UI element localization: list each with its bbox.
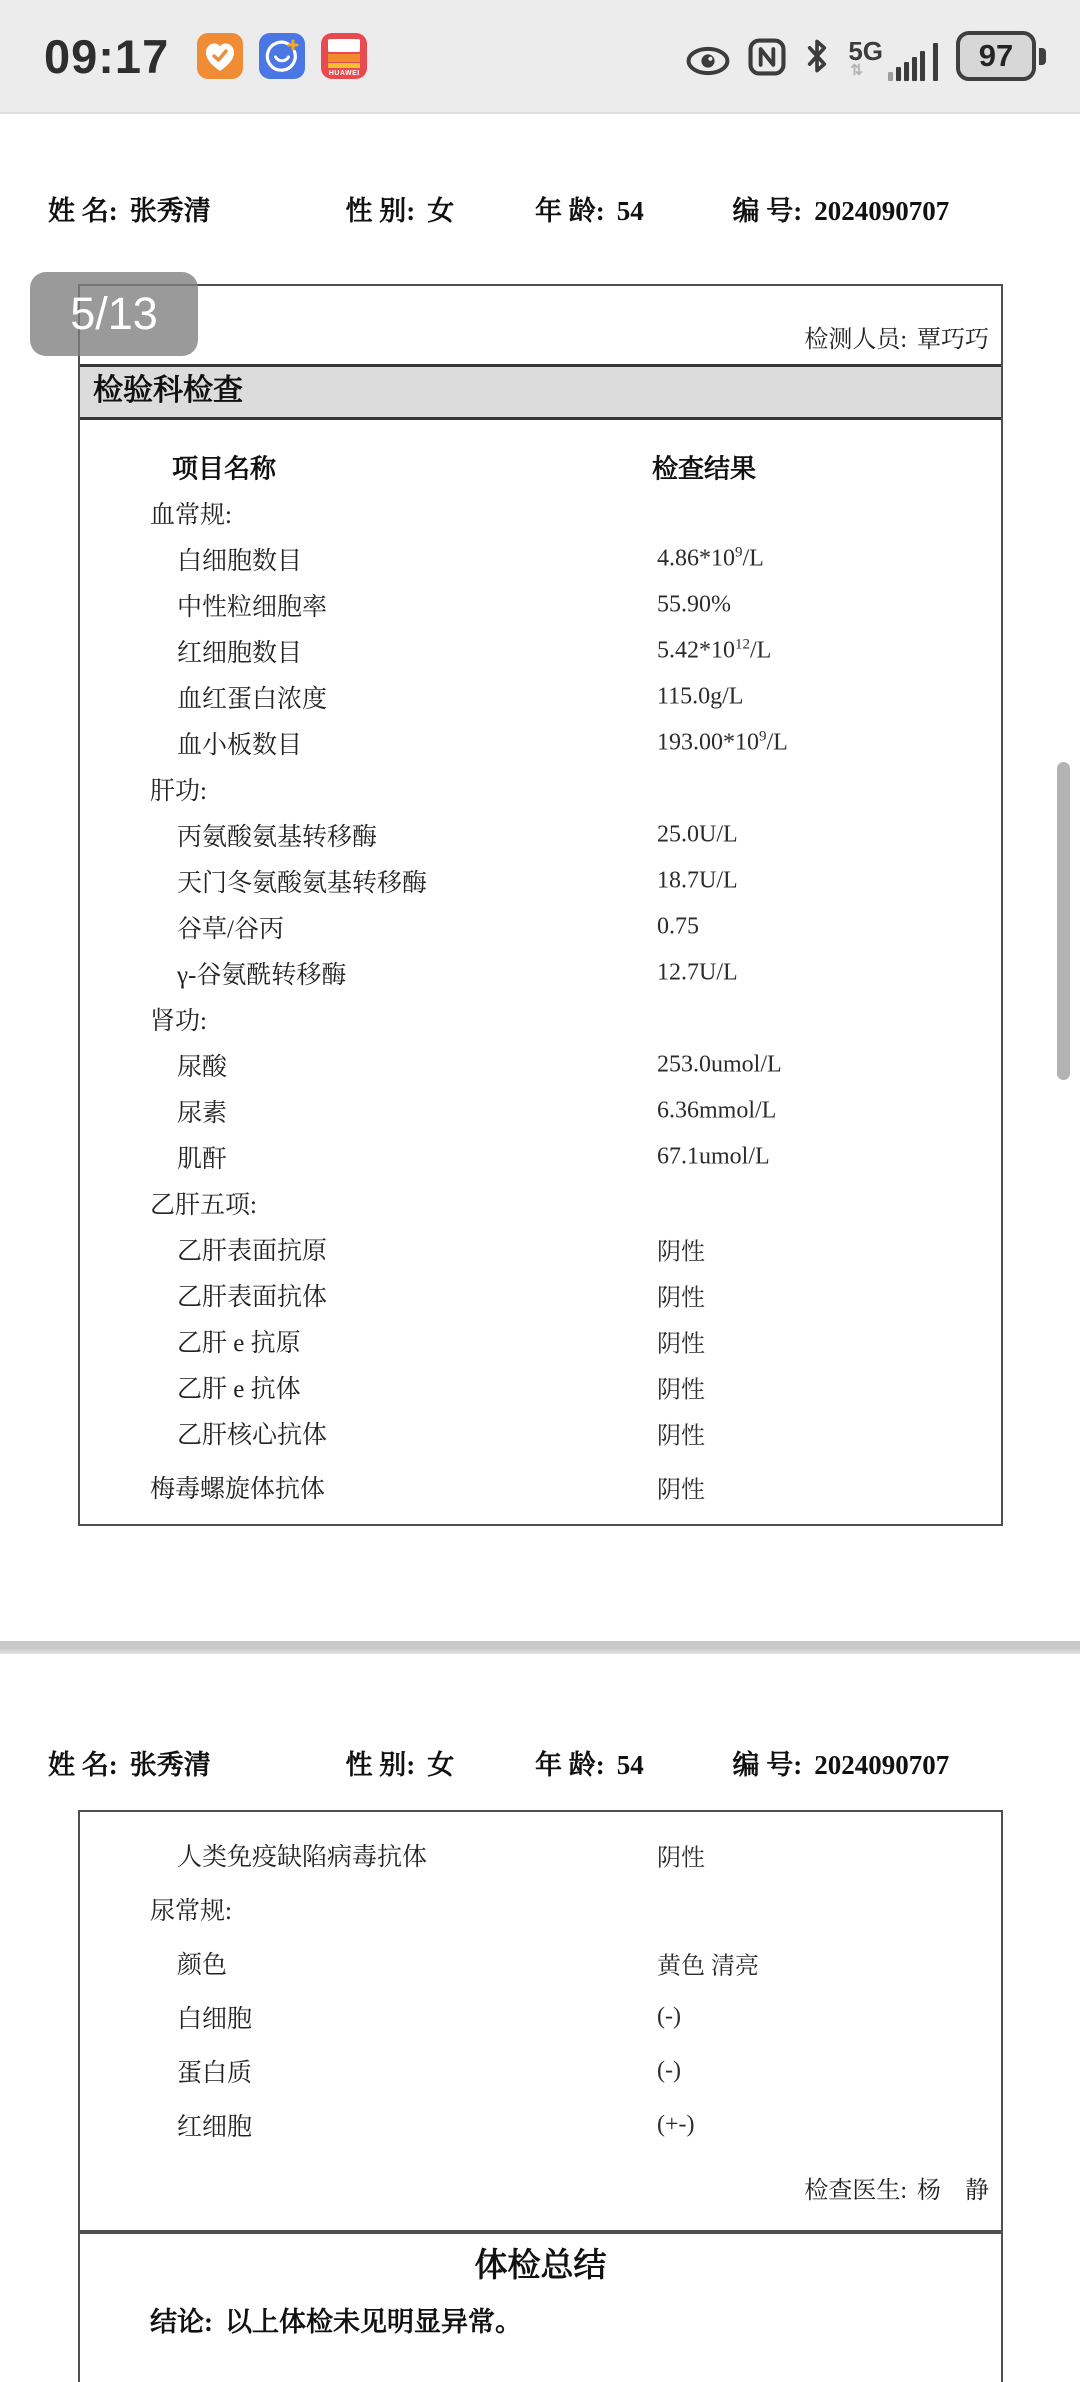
inspector-row: 检测人员:覃巧巧 (80, 286, 1001, 364)
test-result: 67.1umol/L (657, 1144, 770, 1171)
result-text: 阴性 (657, 1332, 705, 1358)
test-result: 18.7U/L (657, 868, 738, 895)
table-row-section: 乙肝五项: (80, 1180, 1001, 1226)
result-text: 阴性 (657, 1240, 705, 1266)
table-row: 乙肝表面抗体阴性 (80, 1272, 1001, 1318)
test-result: 阴性 (657, 1232, 705, 1267)
data-arrows-icon: ⇅ (850, 61, 861, 79)
patient-gender-label: 性 别: (346, 196, 416, 226)
result-text: (-) (657, 2004, 681, 2030)
test-name: 丙氨酸氨基转移酶 (177, 817, 377, 853)
result-superscript: 9 (735, 545, 743, 561)
test-group-label: 尿常规: (150, 1891, 232, 1927)
test-result: 25.0U/L (657, 822, 738, 849)
test-result: 阴性 (657, 1416, 705, 1451)
test-name: 乙肝核心抗体 (177, 1415, 327, 1451)
patient-name-value: 张秀清 (130, 196, 211, 226)
huawei-icon-stripe (328, 63, 360, 68)
eye-comfort-icon (686, 46, 730, 81)
table-row: 红细胞数目5.42*1012/L (80, 628, 1001, 674)
test-result: 12.7U/L (657, 960, 738, 987)
test-name: 血小板数目 (177, 725, 302, 761)
summary-title: 体检总结 (80, 2246, 1001, 2286)
nfc-icon (748, 38, 786, 81)
test-name: 白细胞数目 (177, 541, 302, 577)
clock: 09:17 (44, 29, 169, 84)
test-result: 55.90% (657, 592, 731, 619)
test-name: 肌酐 (177, 1139, 227, 1175)
result-text: 阴性 (657, 1424, 705, 1450)
result-text: 黄色 清亮 (657, 1954, 759, 1980)
huawei-app-icon: HUAWEI (321, 33, 367, 79)
status-bar: 09:17 HUAWEI (0, 0, 1080, 114)
column-header-name: 项目名称 (172, 449, 276, 486)
patient-id-value: 2024090707 (814, 196, 949, 226)
patient-name-group: 姓 名:张秀清 (48, 194, 211, 228)
test-name: 天门冬氨酸氨基转移酶 (177, 863, 427, 899)
table-row: 红细胞(+-) (80, 2098, 1001, 2152)
patient-name-value: 张秀清 (130, 1750, 211, 1780)
patient-gender-value: 女 (427, 1750, 454, 1780)
patient-age-value: 54 (617, 196, 644, 226)
conclusion-line: 结论:以上体检未见明显异常。 (150, 2300, 1001, 2339)
test-group-label: 肾功: (150, 1001, 207, 1037)
table-row: 白细胞(-) (80, 1990, 1001, 2044)
page-number-badge: 5/13 (30, 272, 198, 356)
result-unit: /L (743, 546, 764, 572)
page-separator (0, 1641, 1080, 1654)
table-row: 颜色黄色 清亮 (80, 1936, 1001, 1990)
patient-age-value: 54 (617, 1750, 644, 1780)
result-text: 0.75 (657, 914, 699, 940)
column-header-result: 检查结果 (652, 449, 756, 486)
result-text: 55.90% (657, 592, 731, 618)
table-row: 尿酸253.0umol/L (80, 1042, 1001, 1088)
inspector-label: 检测人员: (804, 327, 907, 353)
patient-age-label: 年 龄: (535, 1750, 605, 1780)
table-row-section: 血常规: (80, 490, 1001, 536)
table-row-section: 肾功: (80, 996, 1001, 1042)
patient-info-row: 姓 名:张秀清 性 别:女 年 龄:54 编 号:2024090707 (48, 1748, 1080, 1782)
test-result: (+-) (657, 2112, 695, 2139)
lab-table-body: 人类免疫缺陷病毒抗体阴性 尿常规: 颜色黄色 清亮 白细胞(-) 蛋白质(-) … (80, 1812, 1001, 2230)
test-name: 谷草/谷丙 (177, 909, 284, 945)
report-page-2: 姓 名:张秀清 性 别:女 年 龄:54 编 号:2024090707 人类免疫… (0, 1654, 1080, 2382)
table-row: 天门冬氨酸氨基转移酶18.7U/L (80, 858, 1001, 904)
result-superscript: 9 (759, 729, 767, 745)
result-text: (+-) (657, 2112, 695, 2138)
test-name: 蛋白质 (177, 2053, 252, 2089)
table-row: 梅毒螺旋体抗体阴性 (80, 1464, 1001, 1510)
test-name: 红细胞 (177, 2107, 252, 2143)
test-name: 乙肝 e 抗原 (177, 1323, 301, 1359)
patient-id-value: 2024090707 (814, 1750, 949, 1780)
doctor-row: 检查医生:杨 静 (80, 2176, 1001, 2216)
lab-table-body: 项目名称 检查结果 血常规: 白细胞数目4.86*109/L 中性粒细胞率55.… (80, 420, 1001, 1524)
test-result: 253.0umol/L (657, 1052, 782, 1079)
table-row: 白细胞数目4.86*109/L (80, 536, 1001, 582)
table-row: 中性粒细胞率55.90% (80, 582, 1001, 628)
test-result: (-) (657, 2058, 681, 2085)
battery-cap (1039, 48, 1046, 65)
test-group-label: 肝功: (150, 771, 207, 807)
test-result: 5.42*1012/L (657, 638, 771, 665)
test-result: 0.75 (657, 914, 699, 941)
test-name: 尿酸 (177, 1047, 227, 1083)
test-name: 白细胞 (177, 1999, 252, 2035)
table-row: 乙肝 e 抗体阴性 (80, 1364, 1001, 1410)
test-name: 血红蛋白浓度 (177, 679, 327, 715)
test-name: 乙肝表面抗体 (177, 1277, 327, 1313)
result-text: 阴性 (657, 1478, 705, 1504)
patient-id-label: 编 号: (733, 1750, 803, 1780)
scrollbar-thumb[interactable] (1057, 762, 1070, 1080)
test-result: 4.86*109/L (657, 546, 764, 573)
result-text: 阴性 (657, 1286, 705, 1312)
summary-section: 体检总结 结论:以上体检未见明显异常。 (80, 2234, 1001, 2339)
patient-age-group: 年 龄:54 (535, 194, 644, 228)
result-text: 18.7U/L (657, 868, 738, 894)
patient-id-label: 编 号: (733, 196, 803, 226)
doctor-name: 杨 静 (917, 2178, 989, 2204)
battery-indicator: 97 (956, 31, 1046, 81)
table-row: 丙氨酸氨基转移酶25.0U/L (80, 812, 1001, 858)
patient-gender-label: 性 别: (346, 1750, 416, 1780)
patient-age-group: 年 龄:54 (535, 1748, 644, 1782)
test-name: 颜色 (177, 1945, 227, 1981)
result-text: 193.00*10 (657, 730, 759, 756)
section-banner: 检验科检查 (80, 364, 1001, 420)
signal-bars-icon (888, 43, 938, 81)
table-row: 乙肝表面抗原阴性 (80, 1226, 1001, 1272)
table-row: 乙肝核心抗体阴性 (80, 1410, 1001, 1456)
patient-id-group: 编 号:2024090707 (733, 194, 950, 228)
inspector-name: 覃巧巧 (917, 327, 989, 353)
table-row: 人类免疫缺陷病毒抗体阴性 (80, 1828, 1001, 1882)
test-group-label: 乙肝五项: (150, 1185, 257, 1221)
status-bar-right: 5G ⇅ 97 (686, 31, 1046, 81)
result-text: 4.86*10 (657, 546, 735, 572)
result-superscript: 12 (735, 637, 750, 653)
table-row-section: 尿常规: (80, 1882, 1001, 1936)
patient-gender-group: 性 别:女 (346, 1748, 455, 1782)
patient-name-label: 姓 名: (48, 196, 118, 226)
test-result: 阴性 (657, 1324, 705, 1359)
test-result: 193.00*109/L (657, 730, 788, 757)
result-text: 253.0umol/L (657, 1052, 782, 1078)
test-result: 阴性 (657, 1278, 705, 1313)
test-result: 阴性 (657, 1838, 705, 1873)
patient-gender-group: 性 别:女 (346, 194, 455, 228)
result-unit: /L (750, 638, 771, 664)
health-app-icon (197, 33, 243, 79)
table-row: 乙肝 e 抗原阴性 (80, 1318, 1001, 1364)
patient-name-label: 姓 名: (48, 1750, 118, 1780)
result-text: 阴性 (657, 1378, 705, 1404)
test-name: 人类免疫缺陷病毒抗体 (177, 1837, 427, 1873)
doctor-label: 检查医生: (804, 2178, 907, 2204)
table-header-row: 项目名称 检查结果 (80, 444, 1001, 490)
table-row: 血小板数目193.00*109/L (80, 720, 1001, 766)
lab-report-table: 检测人员:覃巧巧 检验科检查 项目名称 检查结果 血常规: 白细胞数目4.86*… (78, 284, 1003, 1526)
test-result: 6.36mmol/L (657, 1098, 776, 1125)
conclusion-label: 结论: (150, 2307, 213, 2337)
table-row: 谷草/谷丙0.75 (80, 904, 1001, 950)
result-unit: /L (767, 730, 788, 756)
phone-screen: 09:17 HUAWEI (0, 0, 1080, 2382)
result-text: 25.0U/L (657, 822, 738, 848)
test-name: 中性粒细胞率 (177, 587, 327, 623)
huawei-icon-stripe (328, 54, 360, 62)
result-text: (-) (657, 2058, 681, 2084)
huawei-icon-stripe (328, 39, 360, 52)
test-result: (-) (657, 2004, 681, 2031)
patient-info-row: 姓 名:张秀清 性 别:女 年 龄:54 编 号:2024090707 (48, 194, 1080, 228)
test-name: 红细胞数目 (177, 633, 302, 669)
signal-5g-icon: 5G ⇅ (848, 41, 938, 81)
huawei-icon-label: HUAWEI (321, 70, 367, 77)
status-bar-left: 09:17 HUAWEI (44, 29, 367, 84)
bluetooth-icon (804, 36, 830, 81)
patient-id-group: 编 号:2024090707 (733, 1748, 950, 1782)
lab-report-table-continued: 人类免疫缺陷病毒抗体阴性 尿常规: 颜色黄色 清亮 白细胞(-) 蛋白质(-) … (78, 1810, 1003, 2382)
test-name: 尿素 (177, 1093, 227, 1129)
table-row: 肌酐67.1umol/L (80, 1134, 1001, 1180)
test-name: 乙肝表面抗原 (177, 1231, 327, 1267)
test-result: 阴性 (657, 1370, 705, 1405)
test-name: 乙肝 e 抗体 (177, 1369, 301, 1405)
battery-percent: 97 (956, 31, 1036, 81)
test-name: 梅毒螺旋体抗体 (150, 1469, 325, 1505)
table-row-section: 肝功: (80, 766, 1001, 812)
report-page-1: 姓 名:张秀清 性 别:女 年 龄:54 编 号:2024090707 检测人员… (0, 114, 1080, 1641)
patient-name-group: 姓 名:张秀清 (48, 1748, 211, 1782)
result-text: 阴性 (657, 1846, 705, 1872)
test-result: 黄色 清亮 (657, 1946, 759, 1981)
table-row: γ-谷氨酰转移酶12.7U/L (80, 950, 1001, 996)
test-name: γ-谷氨酰转移酶 (177, 955, 346, 991)
patient-age-label: 年 龄: (535, 196, 605, 226)
table-row: 血红蛋白浓度115.0g/L (80, 674, 1001, 720)
patient-gender-value: 女 (427, 196, 454, 226)
conclusion-text: 以上体检未见明显异常。 (225, 2307, 522, 2337)
result-text: 67.1umol/L (657, 1144, 770, 1170)
result-text: 115.0g/L (657, 684, 743, 710)
result-text: 6.36mmol/L (657, 1098, 776, 1124)
result-text: 5.42*10 (657, 638, 735, 664)
result-text: 12.7U/L (657, 960, 738, 986)
test-group-label: 血常规: (150, 495, 232, 531)
test-result: 115.0g/L (657, 684, 743, 711)
table-row: 蛋白质(-) (80, 2044, 1001, 2098)
test-result: 阴性 (657, 1470, 705, 1505)
voice-assistant-app-icon (259, 33, 305, 79)
table-row: 尿素6.36mmol/L (80, 1088, 1001, 1134)
